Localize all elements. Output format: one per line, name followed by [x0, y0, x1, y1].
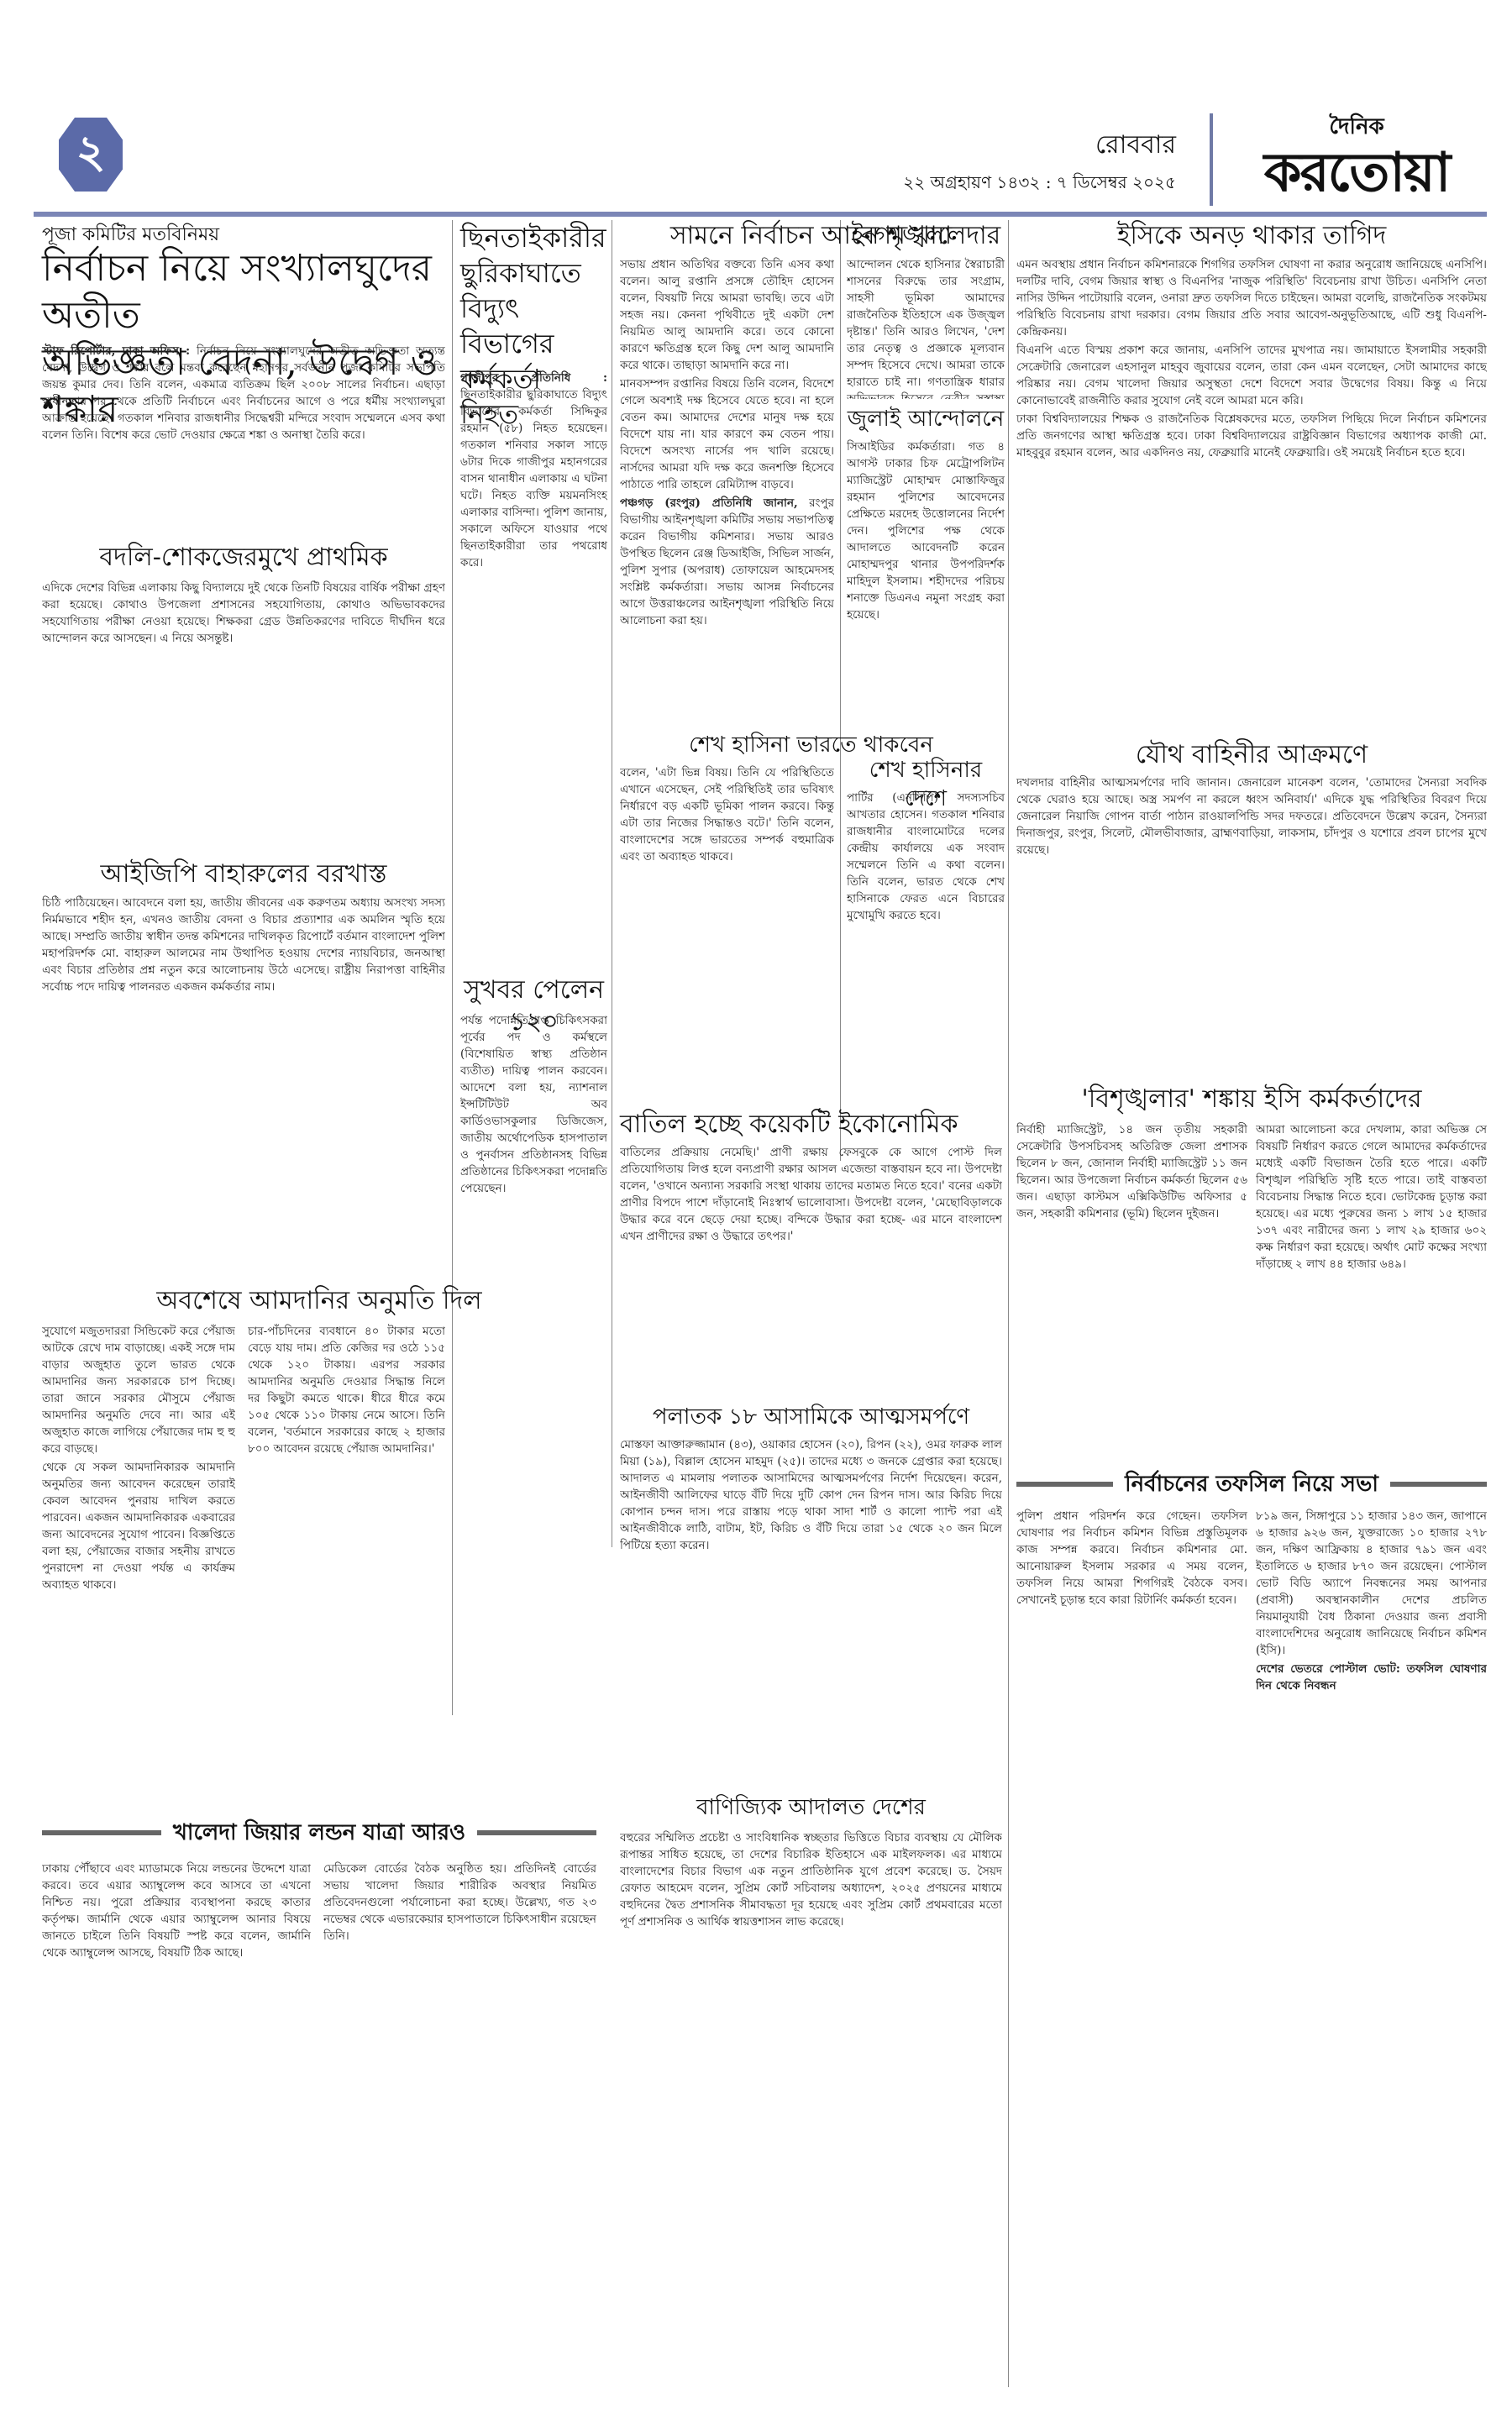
article-text: পার্টির (এনসিপি) সদস্যসচিব আখতার হোসেন। …: [847, 790, 1005, 924]
banner-rule-right: [1390, 1482, 1487, 1487]
article-text: চিঠি পাঠিয়েছেন। আবেদনে বলা হয়, জাতীয় …: [42, 895, 445, 995]
article-text: ঢাকা বিশ্ববিদ্যালয়ের শিক্ষক ও রাজনৈতিক …: [1016, 411, 1487, 461]
paper-logo-small: দৈনিক: [1226, 109, 1487, 146]
article-text: এদিকে দেশের বিভিন্ন এলাকায় কিছু বিদ্যাল…: [42, 580, 445, 647]
column-divider: [452, 220, 453, 1715]
paper-logo-name: করতোয়া: [1226, 146, 1487, 200]
column-divider: [1008, 220, 1009, 2387]
article-text: ছিনতাইকারীর ছুরিকাঘাতে বিদ্যুৎ বিভাগের ক…: [460, 388, 607, 569]
article-subhead: দেশের ভেতরে পোস্টাল ভোট: তফসিল ঘোষণার দি…: [1256, 1662, 1487, 1693]
article-headline: জুলাই আন্দোলনে: [847, 405, 1005, 433]
article-headline: বেগম খালেদার: [847, 220, 1005, 252]
article-body-col-1: সুযোগে মজুতদাররা সিন্ডিকেট করে পেঁয়াজ আ…: [42, 1323, 235, 1793]
article-text: রংপুর বিভাগীয় আইনশৃঙ্খলা কমিটির সভায় স…: [620, 496, 834, 627]
article-text: আমরা আলোচনা করে দেখলাম, কারা অভিজ্ঞ সে ব…: [1256, 1121, 1487, 1273]
article-text: বহুরের সম্মিলিত প্রচেষ্টা ও সাংবিধানিক স…: [620, 1829, 1002, 1930]
article-body: চিঠি পাঠিয়েছেন। আবেদনে বলা হয়, জাতীয় …: [42, 895, 445, 1281]
article-body: সভায় প্রধান অতিথির বক্তব্যে তিনি এসব কথ…: [620, 256, 834, 722]
masthead-rule: [34, 212, 1487, 217]
page-number: ২: [76, 117, 105, 192]
article-text: মোস্তফা আক্তারুজ্জামান (৪৩), ওয়াকার হোস…: [620, 1436, 1002, 1554]
article-text: থেকে যে সকল আমদানিকারক আমদানি অনুমতির জন…: [42, 1459, 235, 1593]
article-headline: ইসিকে অনড় থাকার তাগিদ: [1016, 220, 1487, 252]
article-body: আন্দোলন থেকে হাসিনার স্বৈরাচারী শাসনের ব…: [847, 256, 1005, 399]
article-body: মোস্তফা আক্তারুজ্জামান (৪৩), ওয়াকার হোস…: [620, 1436, 1002, 1772]
article-body: পর্যন্ত পদোন্নতিপ্রাপ্ত চিকিৎসকরা পূর্বে…: [460, 1012, 607, 1281]
article-text: দখলদার বাহিনীর আত্মসমর্পণের দাবি জানান। …: [1016, 774, 1487, 858]
article-body: এদিকে দেশের বিভিন্ন এলাকায় কিছু বিদ্যাল…: [42, 580, 445, 848]
article-headline: খালেদা জিয়ার লন্ডন যাত্রা আরও: [173, 1819, 465, 1847]
article-text: সভায় প্রধান অতিথির বক্তব্যে তিনি এসব কথ…: [620, 256, 834, 374]
article-headline: পলাতক ১৮ আসামিকে আত্মসমর্পণে: [620, 1403, 1002, 1431]
article-text: আন্দোলন থেকে হাসিনার স্বৈরাচারী শাসনের ব…: [847, 256, 1005, 399]
article-headline-banner: খালেদা জিয়ার লন্ডন যাত্রা আরও: [42, 1819, 596, 1847]
article-text: নির্বাহী ম্যাজিস্ট্রেট, ১৪ জন তৃতীয় সহক…: [1016, 1121, 1247, 1222]
masthead-day: রোববার: [903, 124, 1176, 167]
article-body: বাতিলের প্রক্রিয়ায় নেমেছি।' প্রাণী রক্…: [620, 1144, 1002, 1396]
article-body: সিআইডির কর্মকর্তারা। গত ৪ আগস্ট ঢাকার চি…: [847, 438, 1005, 724]
article-body-col-2: ৮১৯ জন, সিঙ্গাপুরে ১১ হাজার ১৪৩ জন, জাপা…: [1256, 1508, 1487, 2398]
article-text: সিআইডির কর্মকর্তারা। গত ৪ আগস্ট ঢাকার চি…: [847, 438, 1005, 623]
article-text: পর্যন্ত পদোন্নতিপ্রাপ্ত চিকিৎসকরা পূর্বে…: [460, 1012, 607, 1197]
column-divider: [612, 220, 612, 1547]
paper-logo: দৈনিক করতোয়া: [1226, 109, 1487, 200]
article-headline: 'বিশৃঙ্খলার' শঙ্কায় ইসি কর্মকর্তাদের: [1016, 1084, 1487, 1115]
article-headline: যৌথ বাহিনীর আক্রমণে: [1016, 739, 1487, 771]
masthead-full-date: ২২ অগ্রহায়ণ ১৪৩২ : ৭ ডিসেম্বর ২০২৫: [903, 171, 1176, 198]
article-headline: শেখ হাসিনা ভারতে থাকবেন: [620, 731, 1002, 759]
headline-line-1: নির্বাচন নিয়ে সংখ্যালঘুদের অতীত: [42, 245, 454, 339]
article-subhead: পঞ্চগড় (রংপুর) প্রতিনিধি জানান,: [620, 496, 798, 510]
banner-rule-left: [42, 1830, 161, 1835]
article-headline: বাণিজ্যিক আদালত দেশের: [620, 1793, 1002, 1822]
article-byline: গাজীপুর প্রতিনিধি :: [460, 371, 607, 385]
article-body: এমন অবস্থায় প্রধান নির্বাচন কমিশনারকে শ…: [1016, 256, 1487, 727]
article-text: বিএনপি এতে বিস্ময় প্রকাশ করে জানায়, এন…: [1016, 342, 1487, 409]
article-text: ৮১৯ জন, সিঙ্গাপুরে ১১ হাজার ১৪৩ জন, জাপা…: [1256, 1508, 1487, 1659]
article-headline: অবশেষে আমদানির অনুমতি দিল: [42, 1285, 596, 1317]
page-number-badge: ২: [59, 118, 123, 192]
article-text: এমন অবস্থায় প্রধান নির্বাচন কমিশনারকে শ…: [1016, 256, 1487, 340]
masthead-date: রোববার ২২ অগ্রহায়ণ ১৪৩২ : ৭ ডিসেম্বর ২০…: [903, 124, 1176, 198]
article-headline: আইজিপি বাহারুলের বরখাস্ত: [42, 858, 445, 890]
article-body-col-1: ঢাকায় পৌঁছাবে এবং ম্যাডামকে নিয়ে লন্ডন…: [42, 1861, 311, 2398]
article-body: বলেন, 'এটা ভিন্ন বিষয়। তিনি যে পরিস্থিত…: [620, 764, 834, 1100]
article-body: পার্টির (এনসিপি) সদস্যসচিব আখতার হোসেন। …: [847, 790, 1005, 1109]
article-text: নির্বাচন নিয়ে সংখ্যালঘুদের অতীত অভিজ্ঞত…: [42, 344, 445, 442]
banner-rule-right: [477, 1830, 596, 1835]
article-body-col-2: আমরা আলোচনা করে দেখলাম, কারা অভিজ্ঞ সে ব…: [1256, 1121, 1487, 1457]
banner-rule-left: [1016, 1482, 1113, 1487]
article-headline: বদলি-শোকজেরমুখে প্রাথমিক: [42, 542, 445, 574]
article-body-col-1: পুলিশ প্রধান পরিদর্শন করে গেছেন। তফসিল ঘ…: [1016, 1508, 1247, 2398]
article-headline: বাতিল হচ্ছে কয়েকটি ইকোনোমিক: [620, 1109, 1002, 1141]
article-headline: নির্বাচনের তফসিল নিয়ে সভা: [1125, 1470, 1378, 1498]
article-body: বহুরের সম্মিলিত প্রচেষ্টা ও সাংবিধানিক স…: [620, 1829, 1002, 2401]
article-text: বলেন, 'এটা ভিন্ন বিষয়। তিনি যে পরিস্থিত…: [620, 764, 834, 865]
article-text: পুলিশ প্রধান পরিদর্শন করে গেছেন। তফসিল ঘ…: [1016, 1508, 1247, 1609]
column-divider: [840, 220, 841, 1161]
article-body: দখলদার বাহিনীর আত্মসমর্পণের দাবি জানান। …: [1016, 774, 1487, 1060]
article-text: ঢাকায় পৌঁছাবে এবং ম্যাডামকে নিয়ে লন্ডন…: [42, 1861, 311, 1961]
article-text: মানবসম্পদ রপ্তানির বিষয়ে তিনি বলেন, বিদ…: [620, 375, 834, 493]
article-headline-banner: নির্বাচনের তফসিল নিয়ে সভা: [1016, 1470, 1487, 1498]
article-body-col-2: চার-পাঁচদিনের ব্যবধানে ৪০ টাকার মতো বেড়…: [248, 1323, 445, 1793]
masthead-divider: [1210, 113, 1213, 206]
article-text: চার-পাঁচদিনের ব্যবধানে ৪০ টাকার মতো বেড়…: [248, 1323, 445, 1457]
article-text: মেডিকেল বোর্ডের বৈঠক অনুষ্ঠিত হয়। প্রতি…: [323, 1861, 596, 1945]
article-byline: স্টাফ রিপোর্টার, ঢাকা অফিস :: [42, 344, 190, 358]
article-body-col-2: মেডিকেল বোর্ডের বৈঠক অনুষ্ঠিত হয়। প্রতি…: [323, 1861, 596, 2398]
article-body: স্টাফ রিপোর্টার, ঢাকা অফিস : নির্বাচন নি…: [42, 343, 445, 534]
article-text: বাতিলের প্রক্রিয়ায় নেমেছি।' প্রাণী রক্…: [620, 1144, 1002, 1245]
article-body-col-1: নির্বাহী ম্যাজিস্ট্রেট, ১৪ জন তৃতীয় সহক…: [1016, 1121, 1247, 1457]
article-text: সুযোগে মজুতদাররা সিন্ডিকেট করে পেঁয়াজ আ…: [42, 1323, 235, 1457]
article-body: গাজীপুর প্রতিনিধি : ছিনতাইকারীর ছুরিকাঘা…: [460, 370, 607, 848]
